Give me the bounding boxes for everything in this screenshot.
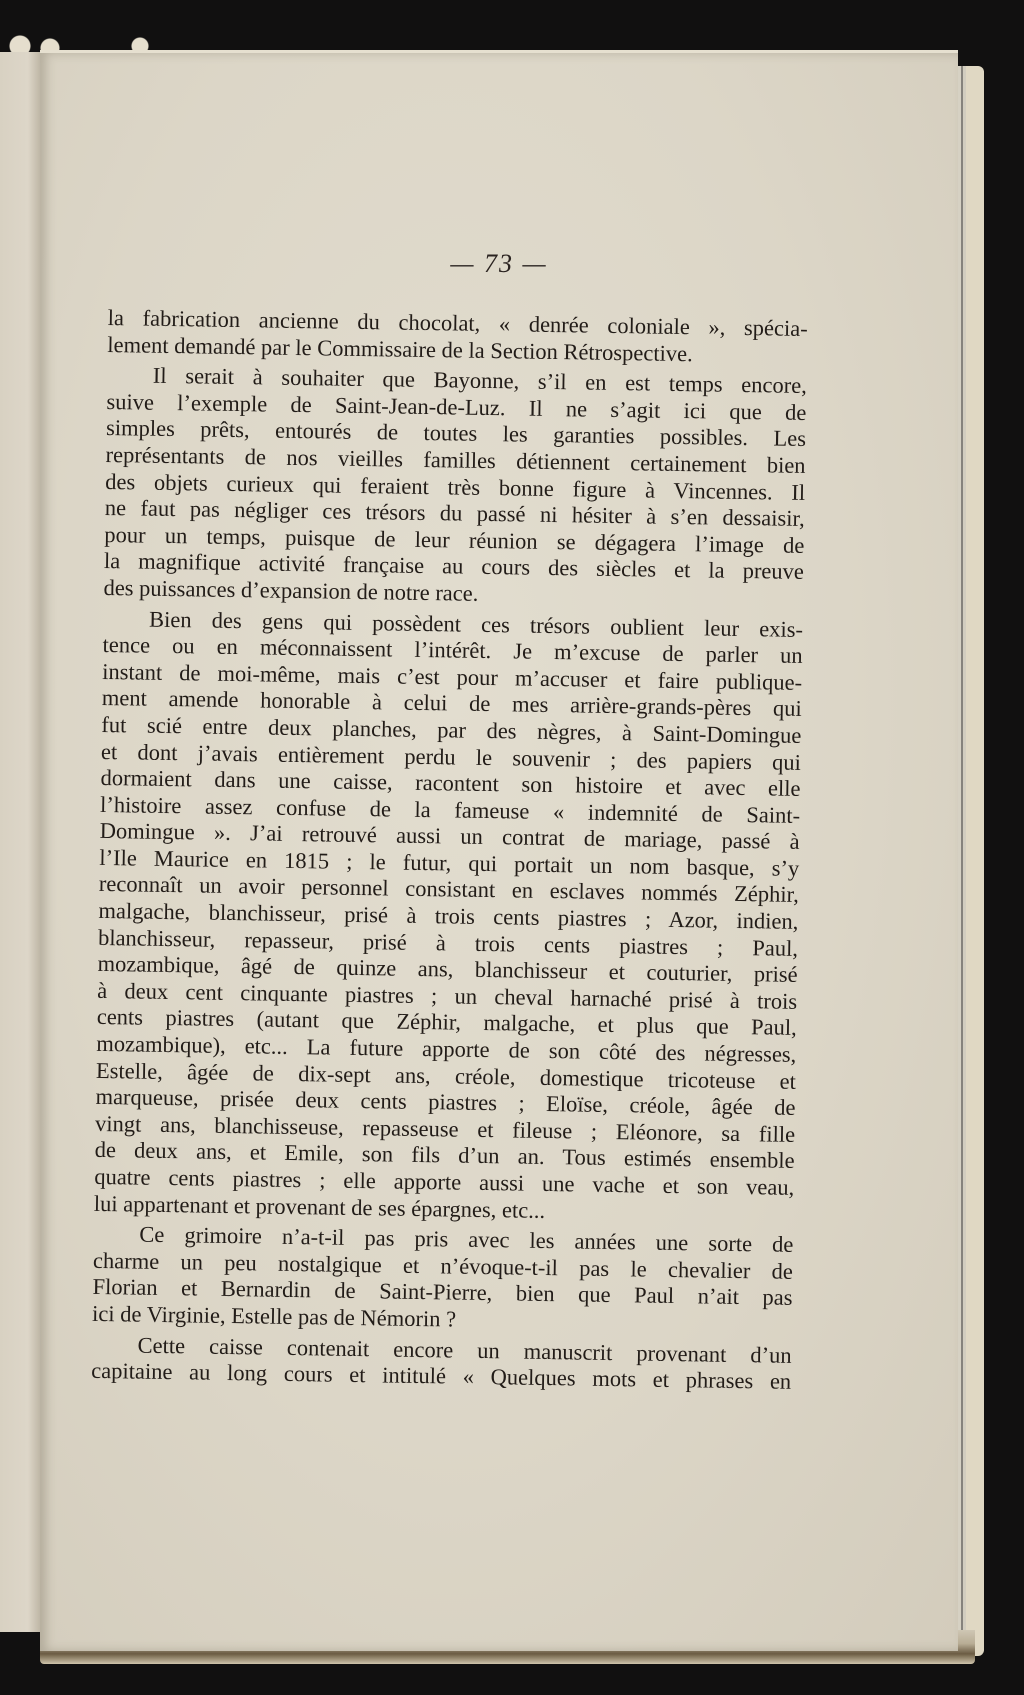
paragraph-2: Il serait à souhaiter que Bayonne, s’il … [103,362,807,612]
paragraph-3: Bien des gens qui possèdent ces trésors … [94,605,804,1228]
paragraph-1: la fabrication ancienne du chocolat, « d… [107,305,808,369]
paragraph-5: Cette caisse contenait encore un manuscr… [91,1331,792,1395]
book-page: — 73 — la fabrication ancienne du chocol… [40,50,958,1651]
paragraph-4: Ce grimoire n’a-t-il pas pris avec les a… [92,1221,794,1338]
page-number: — 73 — [40,249,958,279]
body-text: la fabrication ancienne du chocolat, « d… [91,305,808,1400]
facing-page-edge [0,52,41,1632]
